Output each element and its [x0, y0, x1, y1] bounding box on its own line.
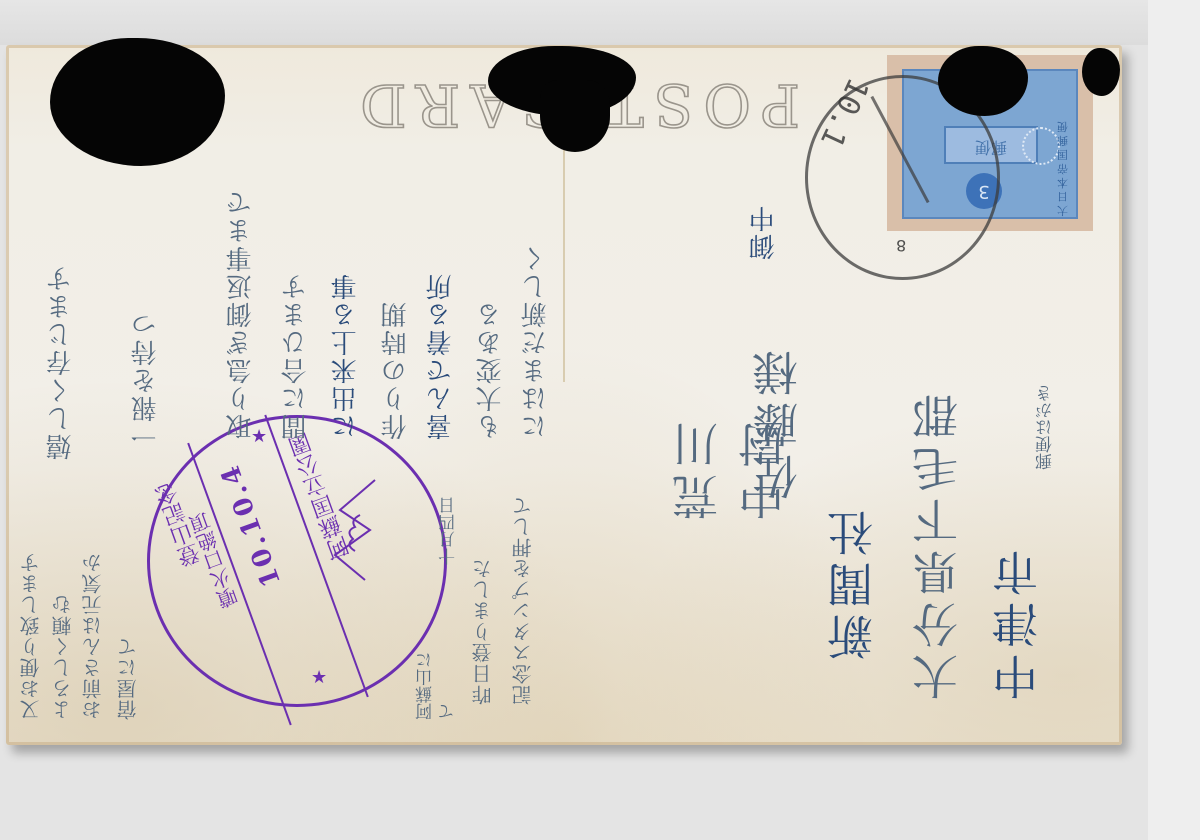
- message-line: にはまだ新しく: [520, 120, 552, 440]
- message-line: 嬉しく存じます: [45, 160, 77, 460]
- star-icon: ★: [311, 667, 327, 688]
- message-corner-line: お前さんは元気か: [80, 540, 106, 720]
- message-line: も大変ある: [475, 120, 507, 440]
- message-line: 喜んで着る所: [425, 120, 457, 440]
- message-line: 一報を待つ: [130, 150, 162, 450]
- message-lower-line: 阿蘇山にて: [415, 640, 459, 720]
- message-line: に出来上る事: [330, 120, 362, 440]
- message-lower-line: 十月四日: [438, 445, 460, 565]
- message-corner-line: 又お便り致します: [18, 540, 44, 720]
- address-line: 荒川中尉: [665, 400, 797, 520]
- address-line: 大分県下毛郡: [905, 300, 971, 700]
- message-line: 作りの時期: [380, 120, 412, 440]
- message-lower-line: 記念スタンプを押して: [510, 455, 536, 705]
- address-line: 新聞社: [820, 300, 886, 660]
- stamp-country-text: 大日本帝国郵便: [1054, 119, 1068, 217]
- message-corner-line: 宿屋にて: [115, 540, 141, 720]
- message-corner-line: よろしく頼む: [50, 540, 76, 720]
- postmark-number: 8: [896, 236, 906, 255]
- scan-background-margin: [1148, 0, 1200, 840]
- message-line: 取り急ぎ御返事まで: [225, 140, 257, 440]
- scan-background-top: [0, 0, 1148, 45]
- address-line: 中津市: [985, 300, 1051, 700]
- volcano-smoke-icon: [320, 470, 380, 590]
- message-lower-line: 昨日登りました: [470, 455, 496, 705]
- message-line: 間に合ひます: [280, 120, 312, 440]
- address-line: 御中: [748, 140, 780, 260]
